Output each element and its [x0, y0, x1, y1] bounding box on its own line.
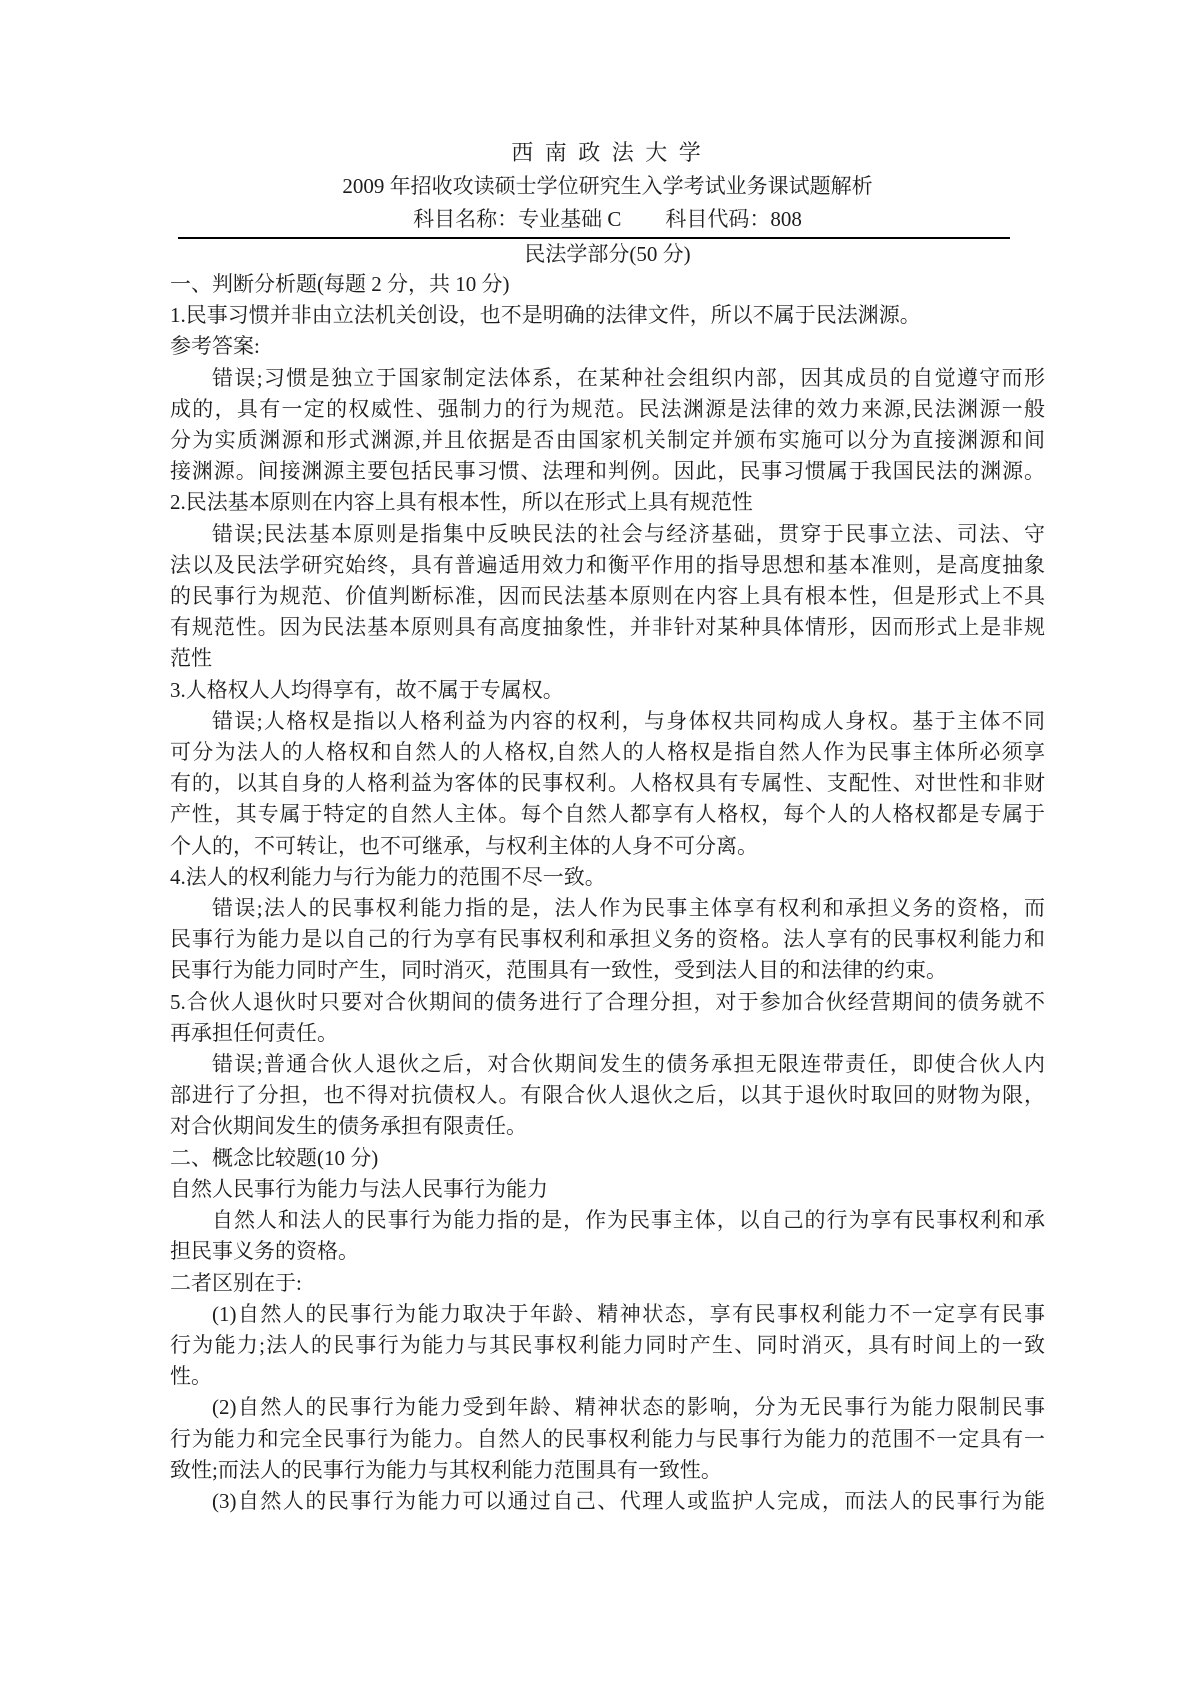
- doc-line: 可分为法人的人格权和自然人的人格权,自然人的人格权是指自然人作为民事主体所必须享: [170, 737, 1045, 768]
- doc-line: (3)自然人的民事行为能力可以通过自己、代理人或监护人完成，而法人的民事行为能: [170, 1486, 1045, 1517]
- doc-line: 民事行为能力同时产生，同时消灭，范围具有一致性，受到法人目的和法律的约束。: [170, 955, 1045, 986]
- doc-line: 自然人民事行为能力与法人民事行为能力: [170, 1174, 1045, 1205]
- doc-line: 个人的，不可转让，也不可继承，与权利主体的人身不可分离。: [170, 831, 1045, 862]
- doc-line: 致性;而法人的民事行为能力与其权利能力范围具有一致性。: [170, 1455, 1045, 1486]
- doc-line: 5.合伙人退伙时只要对合伙期间的债务进行了合理分担，对于参加合伙经营期间的债务就…: [170, 987, 1045, 1018]
- doc-line: 有规范性。因为民法基本原则具有高度抽象性，并非针对某种具体情形，因而形式上是非规: [170, 612, 1045, 643]
- doc-line: 再承担任何责任。: [170, 1018, 1045, 1049]
- doc-line: 分为实质渊源和形式渊源,并且依据是否由国家机关制定并颁布实施可以分为直接渊源和间: [170, 425, 1045, 456]
- doc-line: 4.法人的权利能力与行为能力的范围不尽一致。: [170, 862, 1045, 893]
- doc-line: 3.人格权人人均得享有，故不属于专属权。: [170, 675, 1045, 706]
- doc-line: (1)自然人的民事行为能力取决于年龄、精神状态，享有民事权利能力不一定享有民事: [170, 1299, 1045, 1330]
- doc-line: 一、判断分析题(每题 2 分，共 10 分): [170, 269, 1045, 300]
- document-page: 西 南 政 法 大 学 2009 年招收攻读硕士学位研究生入学考试业务课试题解析…: [0, 0, 1190, 1683]
- doc-line: 范性: [170, 643, 1045, 674]
- exam-title: 2009 年招收攻读硕士学位研究生入学考试业务课试题解析: [170, 170, 1045, 203]
- doc-line: 二者区别在于:: [170, 1268, 1045, 1299]
- doc-line: 错误;普通合伙人退伙之后，对合伙期间发生的债务承担无限连带责任，即使合伙人内: [170, 1049, 1045, 1080]
- doc-line: 对合伙期间发生的债务承担有限责任。: [170, 1111, 1045, 1142]
- doc-line: 接渊源。间接渊源主要包括民事习惯、法理和判例。因此，民事习惯属于我国民法的渊源。: [170, 456, 1045, 487]
- doc-line: 错误;人格权是指以人格利益为内容的权利，与身体权共同构成人身权。基于主体不同: [170, 706, 1045, 737]
- doc-line: 法以及民法学研究始终，具有普遍适用效力和衡平作用的指导思想和基本准则，是高度抽象: [170, 550, 1045, 581]
- doc-line: 错误;法人的民事权利能力指的是，法人作为民事主体享有权利和承担义务的资格，而: [170, 893, 1045, 924]
- subject-code: 科目代码：808: [665, 207, 802, 231]
- subject-name: 科目名称：专业基础 C: [413, 207, 621, 231]
- doc-line: 成的，具有一定的权威性、强制力的行为规范。民法渊源是法律的效力来源,民法渊源一般: [170, 394, 1045, 425]
- doc-line: 部进行了分担，也不得对抗债权人。有限合伙人退伙之后，以其于退伙时取回的财物为限，: [170, 1080, 1045, 1111]
- doc-line: 二、概念比较题(10 分): [170, 1143, 1045, 1174]
- doc-line: 行为能力和完全民事行为能力。自然人的民事权利能力与民事行为能力的范围不一定具有一: [170, 1424, 1045, 1455]
- doc-line: 1.民事习惯并非由立法机关创设，也不是明确的法律文件，所以不属于民法渊源。: [170, 300, 1045, 331]
- doc-line: 民事行为能力是以自己的行为享有民事权利和承担义务的资格。法人享有的民事权利能力和: [170, 924, 1045, 955]
- subject-line: 科目名称：专业基础 C科目代码：808: [170, 203, 1045, 236]
- doc-line: 产性，其专属于特定的自然人主体。每个自然人都享有人格权，每个人的人格权都是专属于: [170, 799, 1045, 830]
- doc-line: 参考答案:: [170, 331, 1045, 362]
- doc-line: 担民事义务的资格。: [170, 1236, 1045, 1267]
- doc-line: 自然人和法人的民事行为能力指的是，作为民事主体，以自己的行为享有民事权利和承: [170, 1205, 1045, 1236]
- doc-line: 性。: [170, 1361, 1045, 1392]
- doc-line: 2.民法基本原则在内容上具有根本性，所以在形式上具有规范性: [170, 487, 1045, 518]
- doc-line: 的民事行为规范、价值判断标准，因而民法基本原则在内容上具有根本性，但是形式上不具: [170, 581, 1045, 612]
- doc-line: 有的，以其自身的人格利益为客体的民事权利。人格权具有专属性、支配性、对世性和非财: [170, 768, 1045, 799]
- doc-line: 错误;习惯是独立于国家制定法体系，在某种社会组织内部，因其成员的自觉遵守而形: [170, 363, 1045, 394]
- doc-line: 行为能力;法人的民事行为能力与其民事权利能力同时产生、同时消灭，具有时间上的一致: [170, 1330, 1045, 1361]
- doc-line: (2)自然人的民事行为能力受到年龄、精神状态的影响，分为无民事行为能力限制民事: [170, 1392, 1045, 1423]
- document-content: 西 南 政 法 大 学 2009 年招收攻读硕士学位研究生入学考试业务课试题解析…: [170, 136, 1045, 1517]
- doc-line: 错误;民法基本原则是指集中反映民法的社会与经济基础，贯穿于民事立法、司法、守: [170, 519, 1045, 550]
- section-title: 民法学部分(50 分): [170, 239, 1045, 269]
- university-title: 西 南 政 法 大 学: [170, 136, 1045, 170]
- document-body: 一、判断分析题(每题 2 分，共 10 分) 1.民事习惯并非由立法机关创设，也…: [170, 269, 1045, 1517]
